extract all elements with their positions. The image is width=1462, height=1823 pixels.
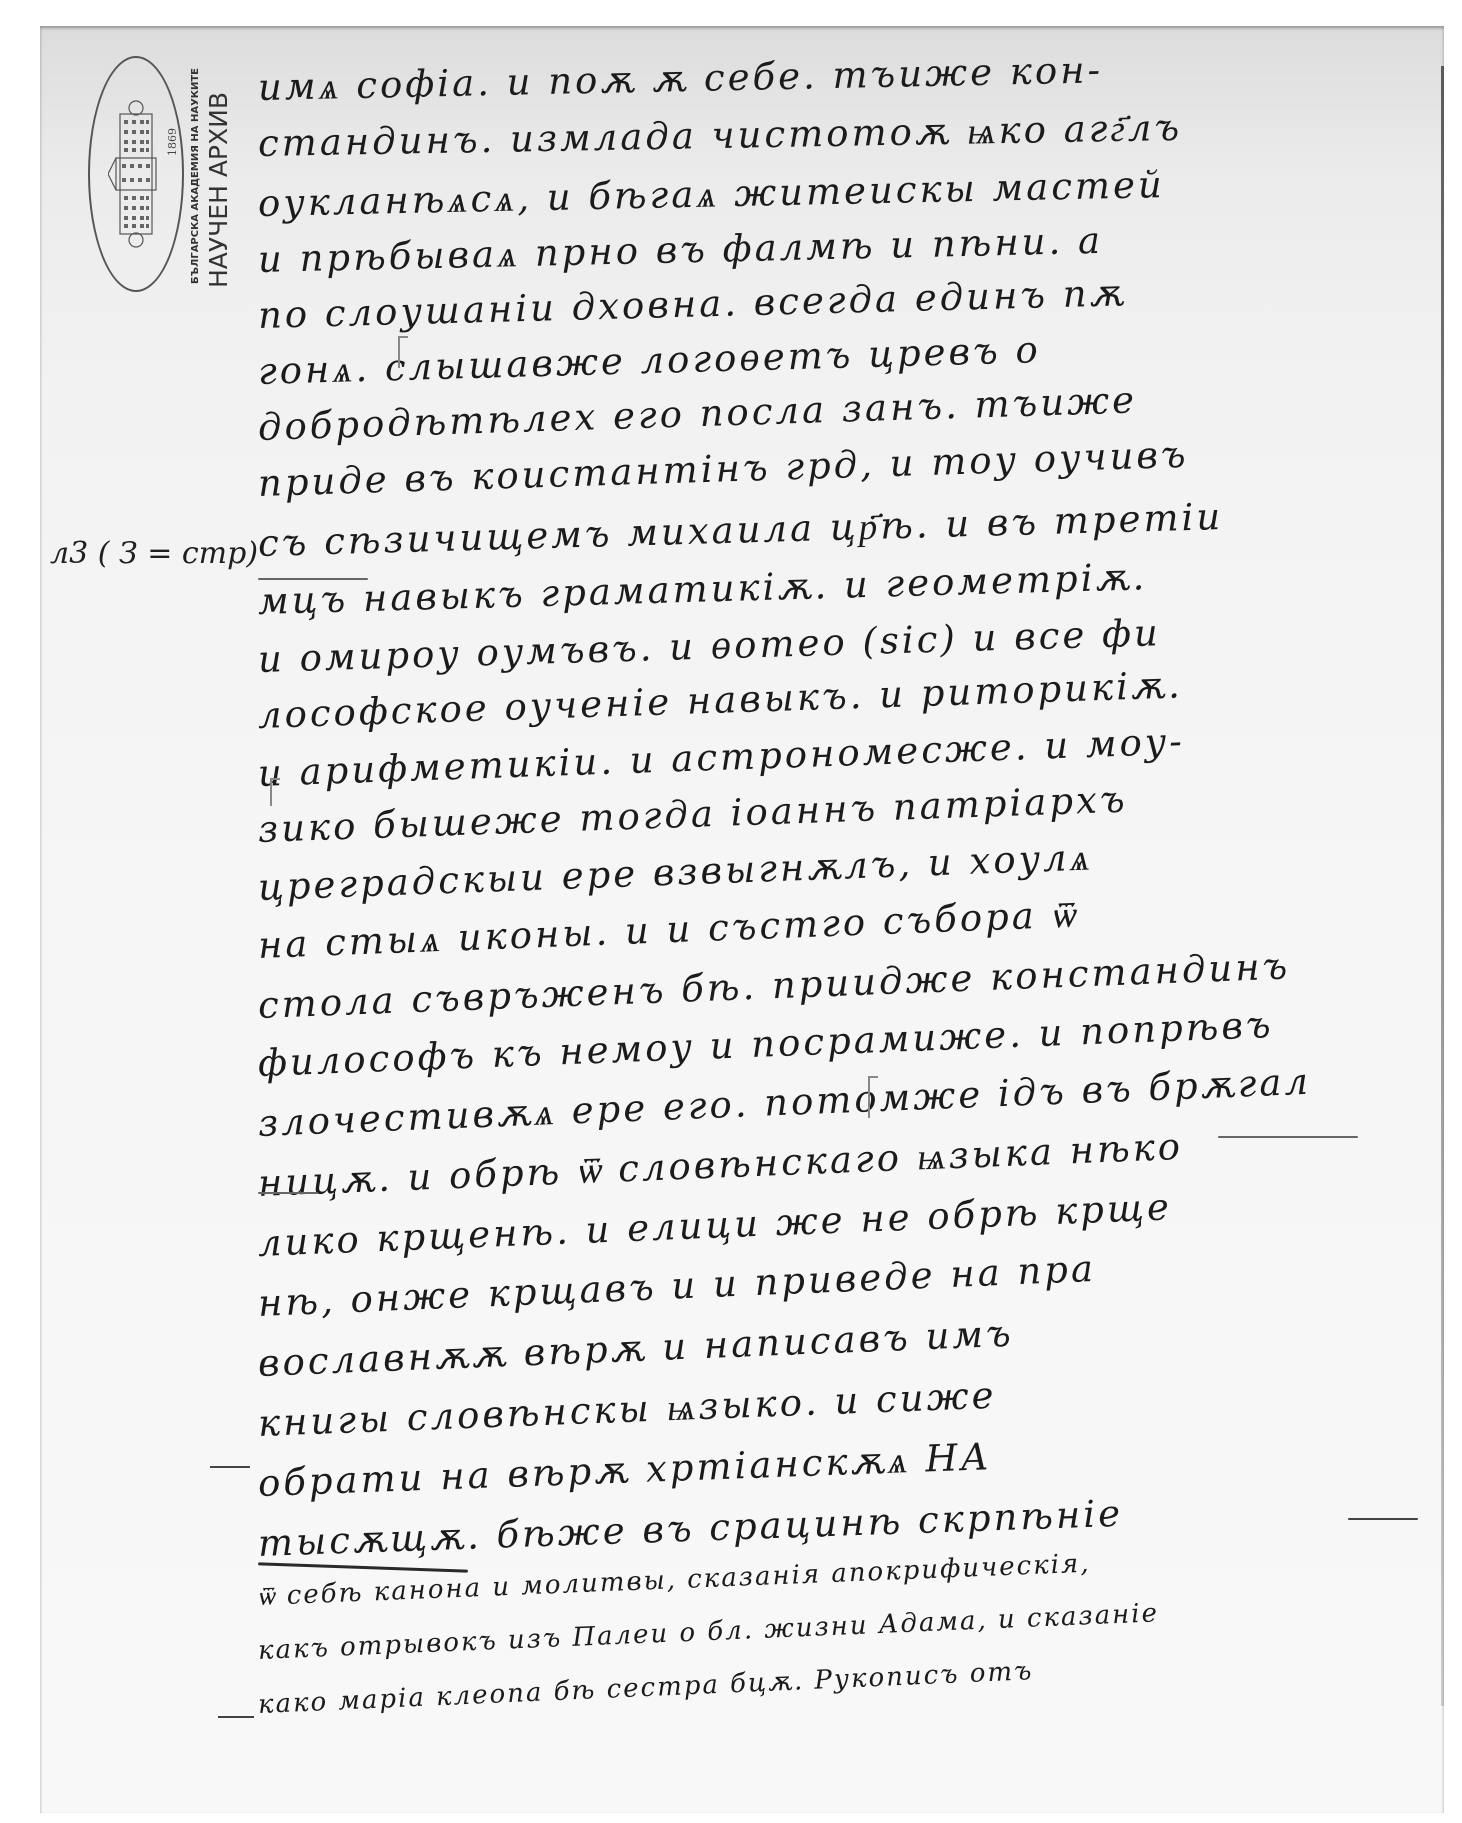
- text-line: книгы словѣнскы ѩзыко. и сиже: [257, 1374, 997, 1446]
- text-line: имѧ софіа. и по⁠ѫ ѫ себе. тъиже кон-: [258, 48, 1104, 110]
- stamp-institution: БЪЛГАРСКА АКАДЕМИЯ НА НАУКИТЕ: [190, 68, 201, 284]
- underline-mark: [1348, 1518, 1418, 1520]
- manuscript-page: 1869 БЪЛГАРСКА АКАДЕМИЯ НА НАУКИТЕ НАУЧЕ…: [40, 26, 1444, 1813]
- text-line: по слоушаніи дховна. всегда единъ пѫ: [257, 271, 1127, 337]
- text-line: и прѣбываѧ прно въ фалмѣ и пѣни. а: [258, 219, 1104, 282]
- footnote-line: како марiа клеопа бѣ сестра бцѫ. Рукопис…: [257, 1656, 1034, 1720]
- margin-dash-mark: [218, 1716, 254, 1718]
- text-line: мцъ навыкъ граматикіѫ. и геометріѫ.: [257, 555, 1147, 623]
- margin-annotation: л3 ( З = стр): [50, 536, 258, 571]
- underline-mark: [258, 578, 368, 580]
- building-icon: [108, 96, 164, 252]
- text-line: обрати на вѣрѫ хртіанскѫѧ НА: [257, 1435, 992, 1506]
- underline-mark: [258, 1192, 318, 1194]
- text-line: вославнѫѫ вѣрѫ и написавъ имъ: [257, 1312, 1014, 1385]
- bracket-mark: [868, 1076, 878, 1118]
- text-line: съ сѣзичищемъ михаила цр҃ѣ. и въ третiи: [257, 495, 1223, 566]
- archive-stamp: 1869 БЪЛГАРСКА АКАДЕМИЯ НА НАУКИТЕ НАУЧЕ…: [88, 56, 248, 296]
- stamp-archive-title: НАУЧЕН АРХИВ: [204, 92, 233, 288]
- stamp-year: 1869: [166, 128, 179, 156]
- text-line: оукланѣѧсѧ, и бѣгаѧ житеискы мастей: [258, 163, 1166, 226]
- bracket-mark: [270, 778, 280, 806]
- margin-dash-mark: [210, 1466, 250, 1468]
- underline-mark: [1218, 1136, 1358, 1138]
- underline-mark: [258, 1562, 468, 1572]
- bracket-mark: [398, 336, 408, 368]
- text-line: стандинъ. измлада чистотоѫ ѩко агг҃лъ: [258, 106, 1183, 166]
